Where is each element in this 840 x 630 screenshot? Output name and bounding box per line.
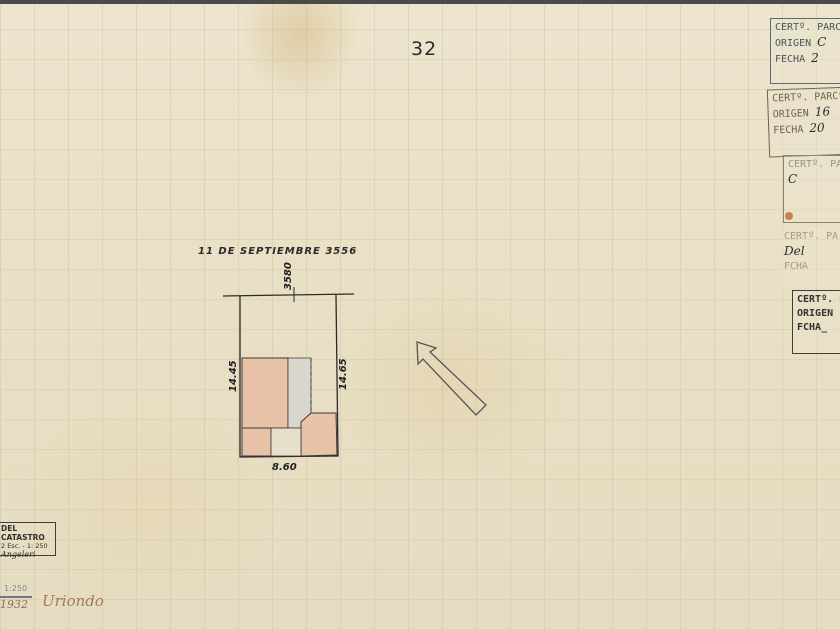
- year-label: 1932: [0, 598, 28, 611]
- handwritten-value: 20: [809, 121, 825, 136]
- handwritten-value: C: [817, 35, 826, 49]
- patio: [271, 428, 301, 456]
- street-line: [223, 294, 354, 296]
- handwritten-value: Del: [784, 244, 805, 258]
- stamp-line: ORIGEN: [775, 38, 811, 49]
- catastro-scale: 2 Esc. - 1: 250: [1, 542, 53, 550]
- frontage-dimension: 3580: [283, 262, 294, 290]
- left-side-dimension: 14.45: [228, 360, 239, 392]
- cert-stamp-2: CERTº. PARCº. ORIGEN 16 FECHA 20: [767, 86, 840, 157]
- stamp-line: FCHA_: [797, 321, 840, 335]
- stamp-line: FECHA: [773, 124, 803, 136]
- stamp-line: CERTº. PA: [797, 293, 840, 307]
- stamp-line: CERTº. PA: [784, 230, 840, 244]
- scale-note: 1:250: [4, 584, 27, 593]
- stamp-line: CERTº. PAR: [788, 158, 840, 172]
- catastro-stamp: DEL CATASTRO 2 Esc. - 1: 250 Angeleri: [0, 522, 56, 556]
- seal-mark: [785, 212, 793, 220]
- handwritten-value: 16: [815, 104, 831, 119]
- stamp-line: CERTº. PARCº.: [775, 21, 840, 35]
- stamp-line: FECHA: [775, 54, 805, 65]
- catastro-signer: Angeleri: [1, 550, 53, 559]
- right-side-dimension: 14.65: [338, 358, 349, 390]
- cert-stamp-1: CERTº. PARCº. ORIGEN C FECHA 2: [770, 18, 840, 84]
- cert-stamp-5: CERTº. PA ORIGEN FCHA_: [792, 290, 840, 354]
- handwritten-value: 2: [811, 51, 819, 65]
- building-main: [242, 358, 288, 428]
- stamp-line: ORIGEN: [773, 108, 809, 120]
- stamp-line: ORIGEN: [797, 307, 840, 321]
- stamp-line: FCHA: [784, 260, 840, 274]
- building-rear-right: [301, 413, 337, 456]
- catastro-title: DEL CATASTRO: [1, 524, 53, 542]
- north-arrow-icon: [417, 342, 486, 415]
- rear-width-dimension: 8.60: [272, 462, 297, 473]
- cert-stamp-4: CERTº. PA Del FCHA: [780, 228, 840, 288]
- plot-plan: 3580 14.45 14.65 8.60: [0, 0, 840, 630]
- building-rear-left: [242, 428, 271, 456]
- signature: Uriondo: [42, 592, 104, 610]
- handwritten-value: C: [788, 172, 797, 186]
